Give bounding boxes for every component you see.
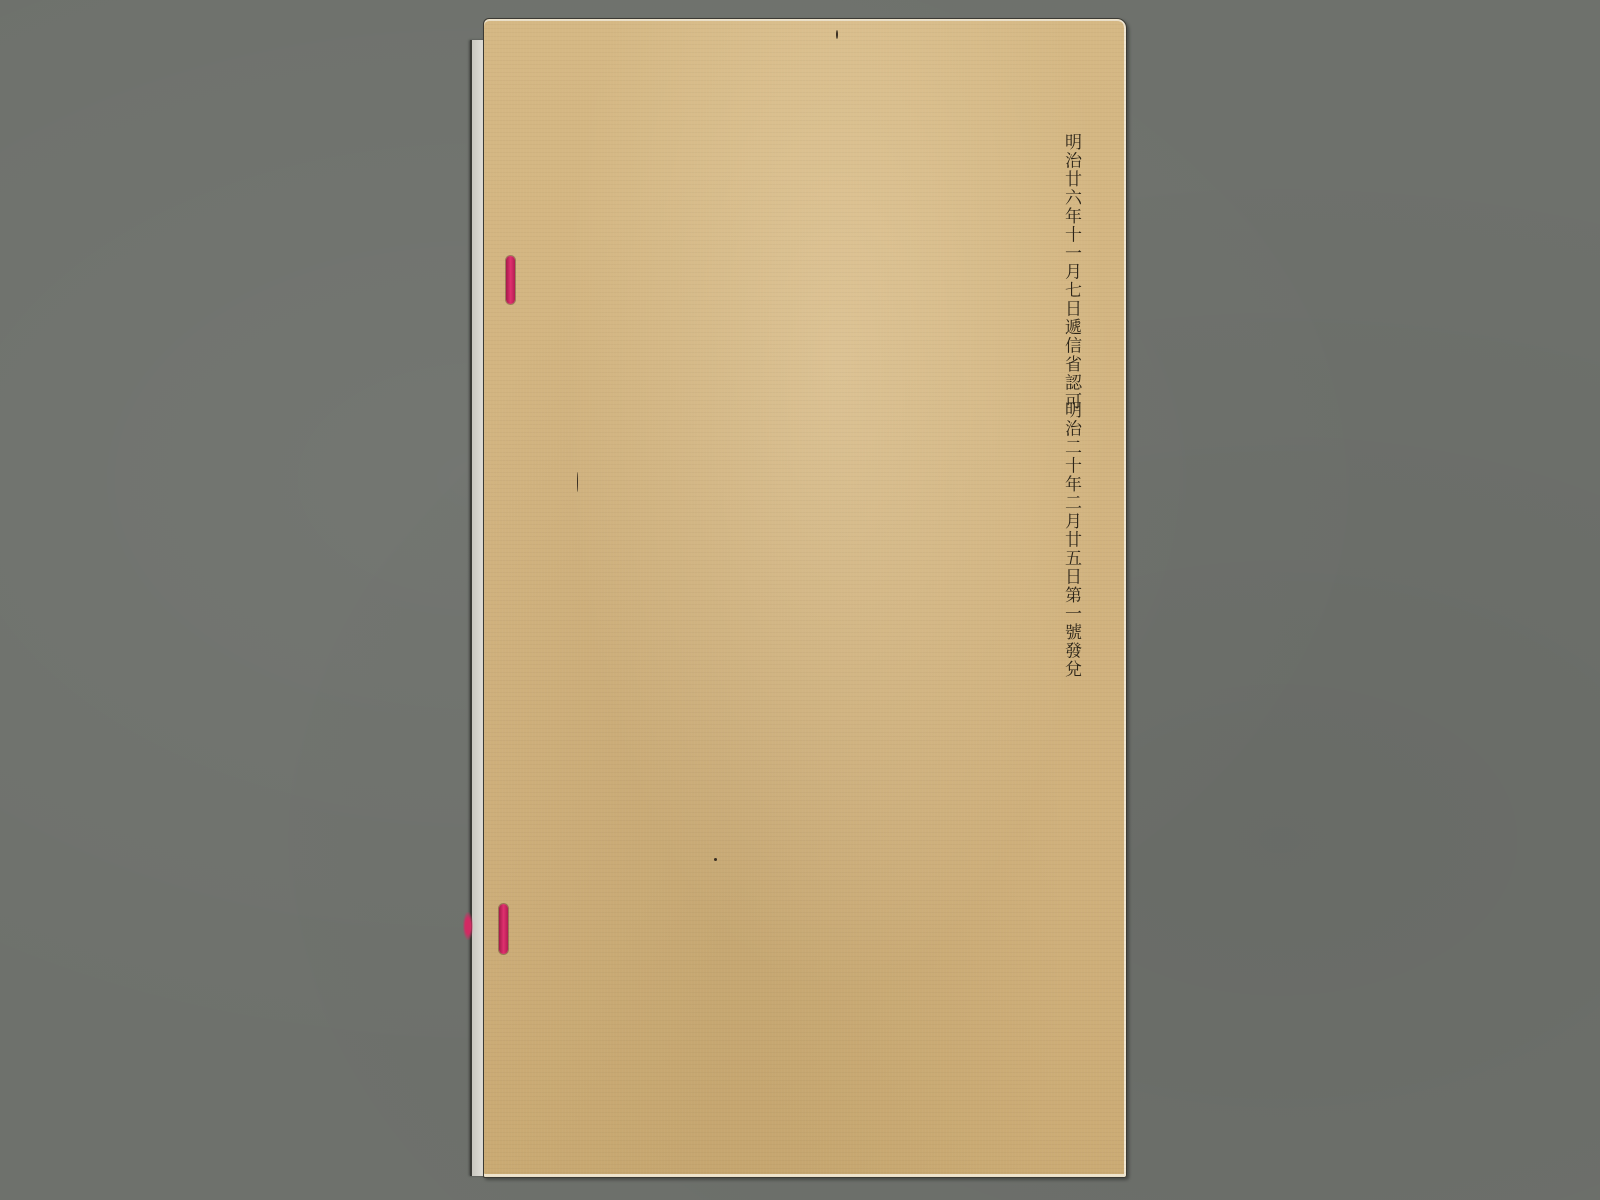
book-cover <box>483 18 1127 1178</box>
cover-blemish <box>714 858 717 861</box>
binding-stitch-top <box>506 256 515 304</box>
binding-stitch-bottom <box>499 904 508 954</box>
issue-date-imprint: 明治二十年二月廿五日第一號發兌 <box>1062 401 1079 679</box>
cover-blemish <box>836 30 838 39</box>
cover-blemish <box>577 472 578 492</box>
binding-thread-tuft <box>463 912 473 940</box>
approval-date-imprint: 明治廿六年十一月七日遞信省認可 <box>1062 133 1079 411</box>
